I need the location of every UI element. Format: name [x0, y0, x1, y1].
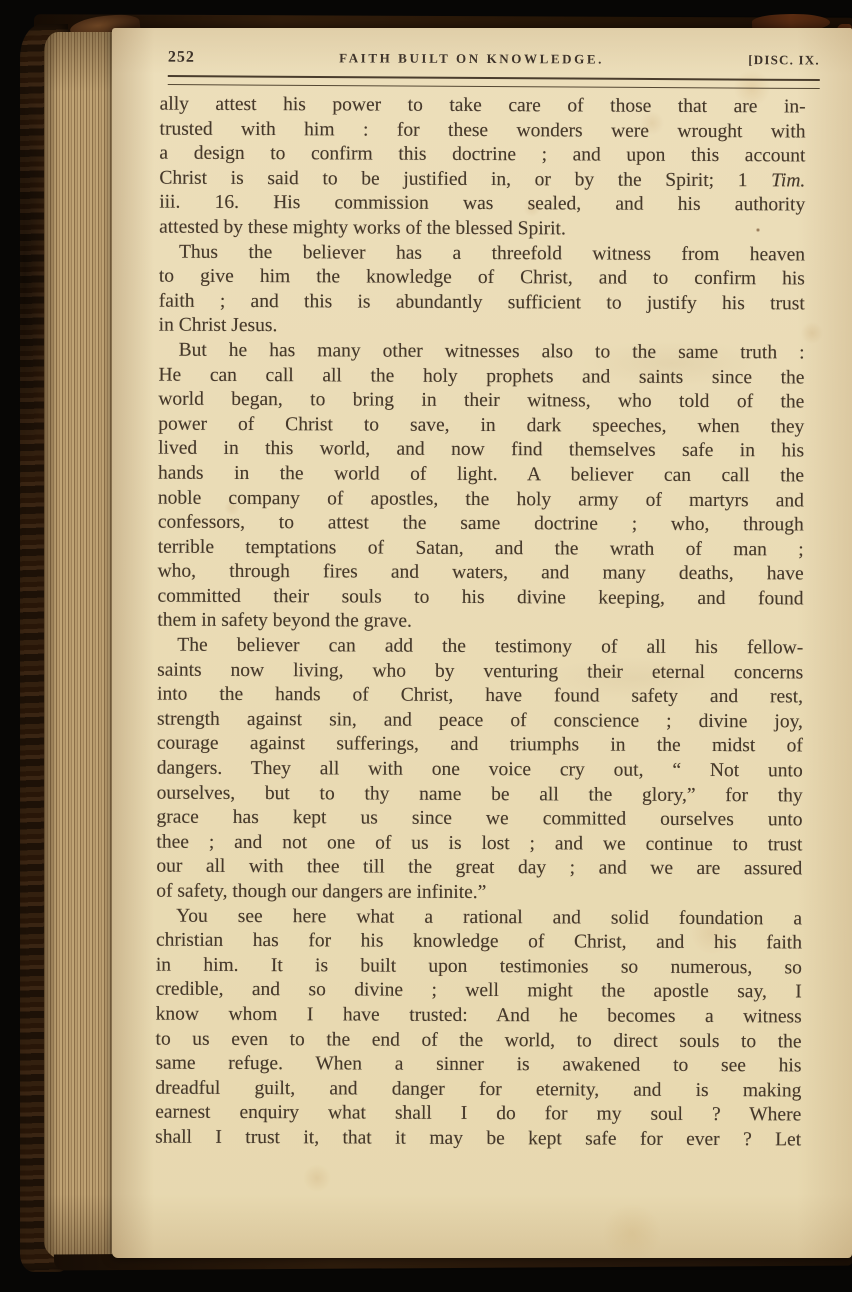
text-line: know whom I have trusted: And he becomes…: [156, 1003, 802, 1030]
text-line: lived in this world, and now find themse…: [158, 437, 804, 464]
book-page: 252 FAITH BUILT ON KNOWLEDGE. [DISC. IX.…: [112, 28, 852, 1258]
text-line: But he has many other witnesses also to …: [159, 339, 805, 366]
book-photo: 252 FAITH BUILT ON KNOWLEDGE. [DISC. IX.…: [0, 0, 852, 1292]
header-rule: [168, 75, 820, 89]
text-line: courage against sufferings, and triumphs…: [157, 732, 803, 759]
text-line: The believer can add the testimony of al…: [157, 634, 803, 661]
text-line: He can call all the holy prophets and sa…: [158, 363, 804, 390]
running-title: FAITH BUILT ON KNOWLEDGE.: [195, 50, 748, 68]
text-line: our all with thee till the great day ; a…: [156, 855, 802, 882]
text-line: them in safety beyond the grave.: [157, 609, 803, 636]
text-line: dreadful guilt, and danger for eternity,…: [155, 1076, 801, 1103]
text-line: to give him the knowledge of Christ, and…: [159, 265, 805, 292]
section-label: [DISC. IX.: [748, 52, 820, 68]
text-line: dangers. They all with one voice cry out…: [157, 757, 803, 784]
text-line: attested by these mighty works of the bl…: [159, 216, 805, 243]
text-line: to us even to the end of the world, to d…: [156, 1027, 802, 1054]
text-line: grace has kept us since we committed our…: [156, 806, 802, 833]
text-line: confessors, to attest the same doctrine …: [158, 511, 804, 538]
text-line: thee ; and not one of us is lost ; and w…: [156, 830, 802, 857]
text-line: same refuge. When a sinner is awakened t…: [155, 1052, 801, 1079]
page-number: 252: [168, 49, 195, 67]
text-line: of safety, though our dangers are infini…: [156, 880, 802, 907]
text-line: Christ is said to be justified in, or by…: [159, 166, 805, 193]
text-line: in him. It is built upon testimonies so …: [156, 953, 802, 980]
text-line: ourselves, but to thy name be all the gl…: [157, 781, 803, 808]
text-line: a design to confirm this doctrine ; and …: [159, 142, 805, 169]
text-line: credible, and so divine ; well might the…: [156, 978, 802, 1005]
text-line: faith ; and this is abundantly sufficien…: [159, 289, 805, 316]
text-block: ally attest his power to take care of th…: [155, 93, 806, 1153]
text-line: terrible temptations of Satan, and the w…: [158, 535, 804, 562]
text-line: noble company of apostles, the holy army…: [158, 486, 804, 513]
text-line: iii. 16. His commission was sealed, and …: [159, 191, 805, 218]
text-line: power of Christ to save, in dark speeche…: [158, 412, 804, 439]
page-content: 252 FAITH BUILT ON KNOWLEDGE. [DISC. IX.…: [107, 26, 852, 1259]
text-line: christian has for his knowledge of Chris…: [156, 929, 802, 956]
text-line: earnest enquiry what shall I do for my s…: [155, 1101, 801, 1128]
text-line: shall I trust it, that it may be kept sa…: [155, 1126, 801, 1153]
text-line: ally attest his power to take care of th…: [160, 93, 806, 120]
page-header: 252 FAITH BUILT ON KNOWLEDGE. [DISC. IX.: [168, 49, 820, 70]
text-line: committed their souls to his divine keep…: [157, 584, 803, 611]
text-line: who, through fires and waters, and many …: [158, 560, 804, 587]
text-line: You see here what a rational and solid f…: [156, 904, 802, 931]
text-line: strength against sin, and peace of consc…: [157, 707, 803, 734]
text-line: trusted with him : for these wonders wer…: [160, 117, 806, 144]
text-line: into the hands of Christ, have found saf…: [157, 683, 803, 710]
text-line: Thus the believer has a threefold witnes…: [159, 240, 805, 267]
text-line: world began, to bring in their witness, …: [158, 388, 804, 415]
text-line: hands in the world of light. A believer …: [158, 461, 804, 488]
text-line: saints now living, who by venturing thei…: [157, 658, 803, 685]
text-line: in Christ Jesus.: [159, 314, 805, 341]
